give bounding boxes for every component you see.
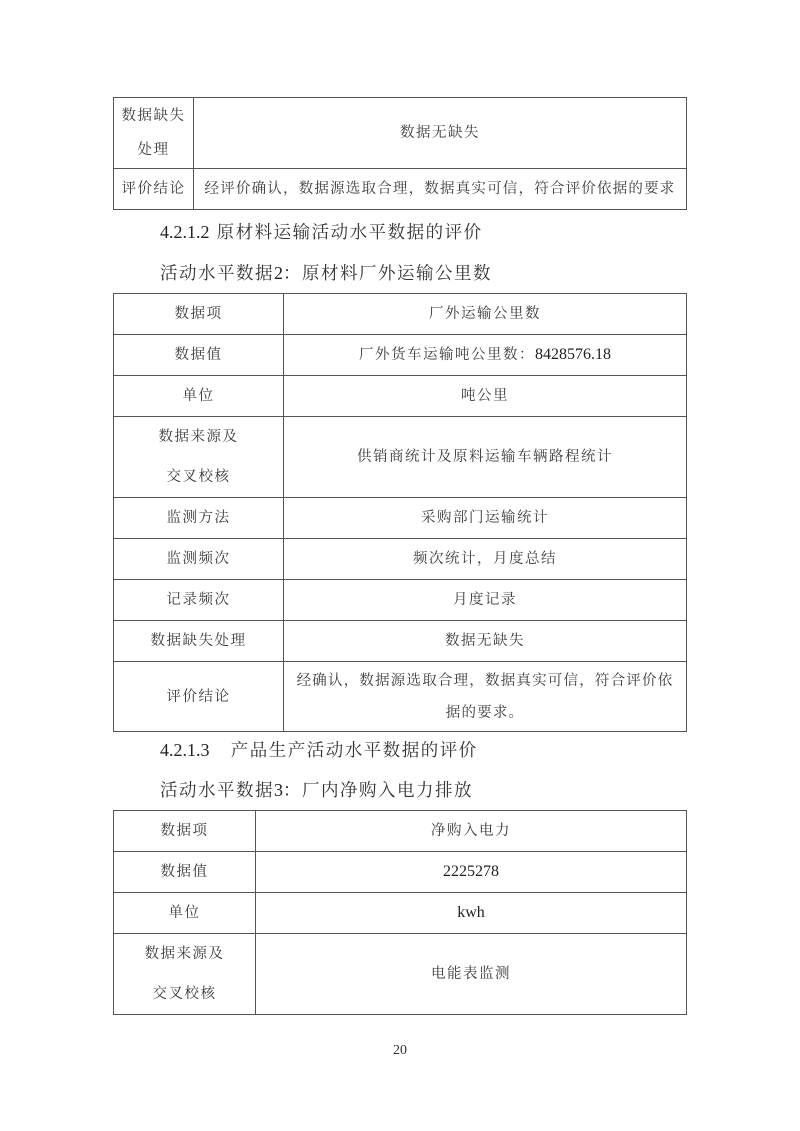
- table-value-cell: 采购部门运输统计: [284, 498, 687, 539]
- table-label-cell: 数据值: [114, 852, 256, 893]
- label-line: 交叉校核: [120, 974, 249, 1014]
- section-title: 原材料运输活动水平数据的评价: [217, 223, 483, 243]
- value-number: 8428576.18: [535, 346, 611, 363]
- caption-title: ：厂内净购入电力排放: [283, 781, 473, 801]
- section-heading: 4.2.1.2 原材料运输活动水平数据的评价: [160, 219, 483, 244]
- section-heading: 4.2.1.3 产品生产活动水平数据的评价: [160, 737, 478, 762]
- table-row: 记录频次 月度记录: [114, 580, 687, 621]
- table-value-cell: 供销商统计及原料运输车辆路程统计: [284, 417, 687, 498]
- table-row: 数据来源及 交叉校核 电能表监测: [114, 934, 687, 1015]
- table-value-cell: 净购入电力: [256, 811, 687, 852]
- value-line: 经确认，数据源选取合理，数据真实可信，符合评价依: [290, 665, 680, 697]
- table-caption: 活动水平数据2：原材料厂外运输公里数: [160, 260, 492, 285]
- table-label-cell: 记录频次: [114, 580, 284, 621]
- table-label-cell: 单位: [114, 376, 284, 417]
- table-value-cell: 经确认，数据源选取合理，数据真实可信，符合评价依 据的要求。: [284, 662, 687, 732]
- caption-title: ：原材料厂外运输公里数: [283, 264, 492, 284]
- table-label-cell: 数据缺失处理: [114, 621, 284, 662]
- caption-number: 3: [274, 780, 283, 800]
- table-label-cell: 评价结论: [114, 169, 194, 210]
- value-unit: kwh: [457, 904, 485, 921]
- table-label-cell: 数据来源及 交叉校核: [114, 934, 256, 1015]
- table-label-cell: 单位: [114, 893, 256, 934]
- caption-prefix: 活动水平数据: [160, 781, 274, 801]
- table-row: 数据值 厂外货车运输吨公里数：8428576.18: [114, 335, 687, 376]
- value-line: 据的要求。: [290, 697, 680, 729]
- table-label-cell: 数据值: [114, 335, 284, 376]
- section-number: 4.2.1.3: [160, 740, 210, 760]
- table-row: 数据值 2225278: [114, 852, 687, 893]
- table-row: 数据缺失处理 数据无缺失: [114, 621, 687, 662]
- table-row: 数据缺失 处理 数据无缺失: [114, 98, 687, 169]
- value-prefix: 厂外货车运输吨公里数：: [359, 347, 535, 363]
- table-value-cell: 数据无缺失: [194, 98, 687, 169]
- table-value-cell: 月度记录: [284, 580, 687, 621]
- table-row: 评价结论 经确认，数据源选取合理，数据真实可信，符合评价依 据的要求。: [114, 662, 687, 732]
- table-continued: 数据缺失 处理 数据无缺失 评价结论 经评价确认，数据源选取合理，数据真实可信，…: [113, 97, 687, 210]
- value-number: 2225278: [443, 863, 499, 880]
- table-label-cell: 监测方法: [114, 498, 284, 539]
- section-number: 4.2.1.2: [160, 222, 210, 242]
- table-label-cell: 数据项: [114, 294, 284, 335]
- table-value-cell: kwh: [256, 893, 687, 934]
- table-row: 数据来源及 交叉校核 供销商统计及原料运输车辆路程统计: [114, 417, 687, 498]
- table-row: 评价结论 经评价确认，数据源选取合理，数据真实可信，符合评价依据的要求: [114, 169, 687, 210]
- table-value-cell: 吨公里: [284, 376, 687, 417]
- activity-data-table-2: 数据项 厂外运输公里数 数据值 厂外货车运输吨公里数：8428576.18 单位…: [113, 293, 687, 732]
- table-label-cell: 评价结论: [114, 662, 284, 732]
- table-label-cell: 监测频次: [114, 539, 284, 580]
- activity-data-table-3: 数据项 净购入电力 数据值 2225278 单位 kwh 数据来源及 交叉校核 …: [113, 810, 687, 1015]
- table-value-cell: 数据无缺失: [284, 621, 687, 662]
- table-caption: 活动水平数据3：厂内净购入电力排放: [160, 777, 473, 802]
- table-row: 监测频次 频次统计，月度总结: [114, 539, 687, 580]
- table-value-cell: 厂外运输公里数: [284, 294, 687, 335]
- label-line: 数据来源及: [120, 934, 249, 974]
- table-row: 单位 kwh: [114, 893, 687, 934]
- table-value-cell: 电能表监测: [256, 934, 687, 1015]
- table-value-cell: 频次统计，月度总结: [284, 539, 687, 580]
- table-value-cell: 2225278: [256, 852, 687, 893]
- label-line: 交叉校核: [120, 457, 277, 497]
- table-label-cell: 数据项: [114, 811, 256, 852]
- label-line: 处理: [120, 133, 187, 167]
- caption-number: 2: [274, 263, 283, 283]
- table-value-cell: 厂外货车运输吨公里数：8428576.18: [284, 335, 687, 376]
- table-row: 数据项 净购入电力: [114, 811, 687, 852]
- label-line: 数据来源及: [120, 417, 277, 457]
- table-value-cell: 经评价确认，数据源选取合理，数据真实可信，符合评价依据的要求: [194, 169, 687, 210]
- table-row: 单位 吨公里: [114, 376, 687, 417]
- table-row: 监测方法 采购部门运输统计: [114, 498, 687, 539]
- label-line: 数据缺失: [120, 99, 187, 133]
- page-number: 20: [0, 1043, 800, 1059]
- table-label-cell: 数据来源及 交叉校核: [114, 417, 284, 498]
- table-row: 数据项 厂外运输公里数: [114, 294, 687, 335]
- section-title: 产品生产活动水平数据的评价: [217, 741, 478, 761]
- caption-prefix: 活动水平数据: [160, 264, 274, 284]
- table-label-cell: 数据缺失 处理: [114, 98, 194, 169]
